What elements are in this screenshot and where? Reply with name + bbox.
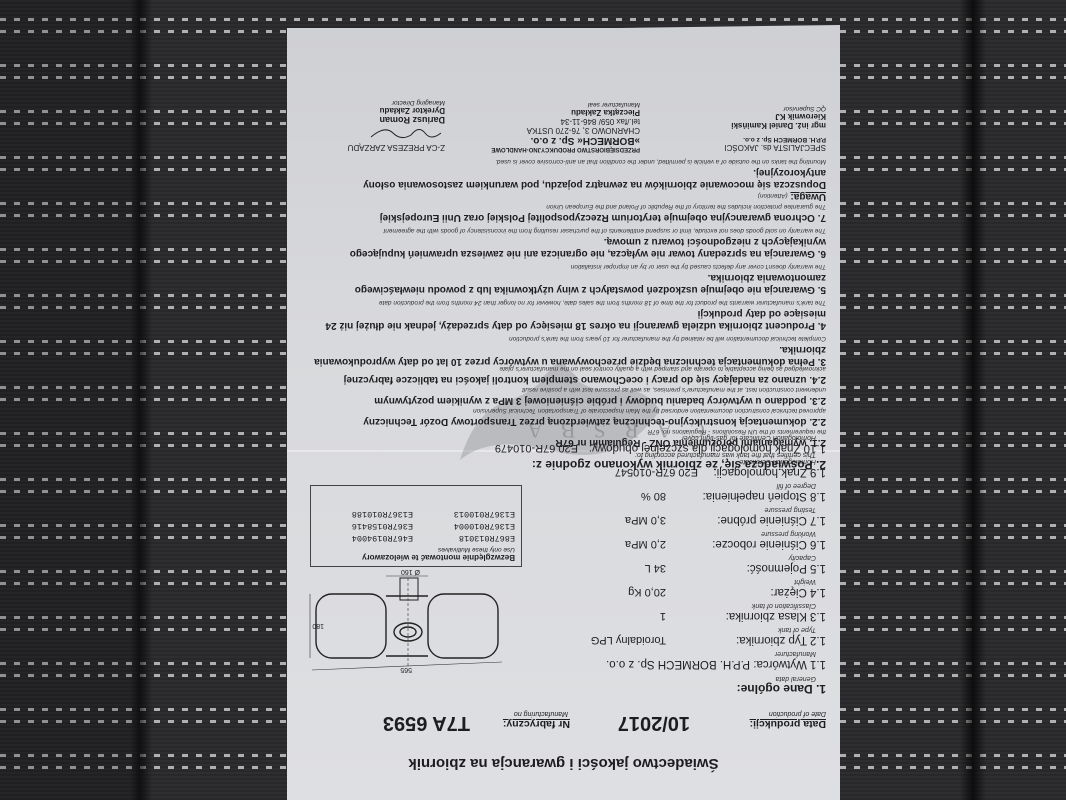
general-data-row: 1.1 Wytwórca: P.P.H. BORMECH Sp. z o.o.M… (486, 648, 826, 670)
multivalve-sub: Use only these Multivalves (317, 546, 515, 553)
multivalve-code: E1367R010004 (419, 521, 515, 531)
section2-list: 2.1. wymaganiami porozumienia ONZ - Regu… (301, 364, 826, 448)
production-date: 10/2017 (618, 711, 690, 734)
warranty-term: 7. Ochrona gwarancyjna obejmuje terytori… (301, 211, 826, 223)
fabric-stitch-row (0, 18, 1066, 21)
row-label: 1.5 Pojemność: (747, 562, 826, 574)
warranty-term-sub: Complete technical documentation will be… (301, 334, 826, 343)
note-text: Dopuszcza się mocowanie zbiorników na ze… (301, 166, 826, 190)
seat-seam-left (130, 0, 152, 800)
qc-name: mgr inż. Daniel Kamiński (656, 121, 826, 130)
section2-item-sub: approved technical construction document… (301, 406, 826, 415)
note-sub: Mounting the tanks on the outside of a v… (301, 157, 826, 166)
multivalve-codes: E867R013018E467R0194004E1367R010004E367R… (317, 509, 515, 543)
director-role: Dyrektor Zakładu (295, 106, 445, 115)
certificate-content-upside-down: CARSBA Świadectwo jakości i gwarancja na… (287, 25, 840, 800)
certificate-title: Świadectwo jakości i gwarancja na zbiorn… (287, 755, 840, 772)
serial-label: Nr fabryczny: (503, 718, 570, 730)
section1-sub: General data (776, 675, 816, 682)
signature-director: Z-CA PREZESA ZARZĄDU Dariusz Roman Dyrek… (295, 99, 445, 152)
seal-line1: PRZEDSIĘBIORSTWO PRODUKCYJNO-HANDLOWE (470, 146, 640, 152)
section2-item-sub: the requirements of the UN Resolutions -… (301, 427, 826, 436)
production-date-label: Data produkcji: (750, 718, 826, 730)
seal-address: CHARNOWO 3, 76-270 USTKA (470, 126, 640, 135)
dim-diameter: Ø 160 (401, 570, 420, 575)
serial-number: T7A 6593 (383, 711, 470, 734)
qc-title: SPECJALISTA ds. JAKOŚCI (656, 143, 826, 152)
multivalve-code: E367R0158416 (317, 521, 413, 531)
row-value: 20,0 Kg (628, 586, 666, 598)
qc-role-sub: QC Supervisor (656, 105, 826, 112)
multivalve-box: Bezwzględnie montować te wielozawory Use… (310, 485, 522, 567)
multivalve-heading: Bezwzględnie montować te wielozawory (317, 553, 515, 562)
row-label: 1.2 Typ zbiornika: (736, 634, 826, 646)
row-value: 3,0 MPa (625, 514, 666, 526)
row-label: 1.7 Ciśnienie próbne: (717, 514, 826, 526)
row-label: 1.4 Ciężar: (770, 586, 826, 598)
seat-shadow (0, 0, 140, 800)
section2-item: 2.1. wymaganiami porozumienia ONZ - Regu… (301, 436, 826, 448)
dim-width: 565 (400, 666, 412, 673)
warranty-term-sub: The tank's manufacturer warrants the pro… (301, 298, 826, 307)
warranty-term-sub: The guarantee protection includes the te… (301, 202, 826, 211)
signature-qc: SPECJALISTA ds. JAKOŚCI P.P.H. BORMECH S… (656, 105, 826, 152)
director-role-sub: Managing Director (295, 99, 445, 106)
warranty-term: 4. Producent zbiornika udziela gwarancji… (301, 307, 826, 331)
note-label: Uwaga: (790, 191, 826, 202)
seal-company: »BORMECH« Sp. z o.o. (470, 135, 640, 146)
seal-phone: tel./fax 059/ 846-11-34 (470, 117, 640, 126)
signature-company-seal: PRZEDSIĘBIORSTWO PRODUKCYJNO-HANDLOWE »B… (470, 101, 640, 152)
serial-sublabel: Manufacturing no (514, 710, 568, 717)
row-sublabel: Working pressure (761, 530, 816, 537)
warranty-term: 6. Gwarancja na sprzedany towar nie wyłą… (301, 235, 826, 259)
qc-company-stamp: P.P.H. BORMECH Sp. z o.o. (656, 136, 826, 143)
row-label: 1.6 Ciśnienie robocze: (712, 538, 826, 550)
warranty-certificate: CARSBA Świadectwo jakości i gwarancja na… (287, 25, 840, 800)
seat-seam-right (960, 0, 986, 800)
warranty-terms: 3. Pełna dokumentacja techniczna będzie … (301, 202, 826, 370)
general-data-row: 1.5 Pojemność:34 LCapacity (486, 552, 826, 574)
row-sublabel: Manufacturer (775, 650, 816, 657)
section2-item: 2.4. uznano za nadający się do pracy i o… (301, 373, 826, 385)
general-data-row: 1.8 Stopień napełnienia:80 %Degree of fi… (486, 480, 826, 502)
warranty-term-sub: The warranty doesn't cover any defects c… (301, 262, 826, 271)
seal-role: Pieczątka Zakładu (470, 108, 640, 117)
row-value: Toroidalny LPG (591, 634, 666, 646)
row-value: 34 L (645, 562, 666, 574)
row-sublabel: Capacity (789, 554, 816, 561)
row-label: 1.8 Stopień napełnienia: (703, 490, 826, 502)
director-signature-scribble (365, 127, 445, 143)
row-label: 1.3 Klasa zbiornika: (726, 610, 826, 622)
qc-role: Kierownik KJ (656, 112, 826, 121)
warranty-term-sub: The warranty on sold goods does not excl… (301, 226, 826, 235)
multivalve-code: E867R013018 (419, 533, 515, 543)
row-value: 2,0 MPa (625, 538, 666, 550)
general-data-row: 1.4 Ciężar:20,0 KgWeight (486, 576, 826, 598)
director-name: Dariusz Roman (295, 115, 445, 125)
general-data-row: 1.7 Ciśnienie próbne:3,0 MPaTesting pres… (486, 504, 826, 526)
section2-item: 2.3. poddano u wytwórcy badaniu budowy i… (301, 394, 826, 406)
section2-sub: This certifies that the tank was manufac… (635, 451, 816, 458)
multivalve-code: E1367R010188 (317, 509, 413, 519)
row-sublabel: Testing pressure (765, 506, 817, 513)
warranty-term: 3. Pełna dokumentacja techniczna będzie … (301, 343, 826, 367)
row-label: 1.1 Wytwórca: P.P.H. BORMECH Sp. z o.o. (606, 658, 826, 670)
general-data-row: 1.3 Klasa zbiornika:1Classification of t… (486, 600, 826, 622)
warranty-term: 5. Gwarancja nie obejmuje uszkodzeń pows… (301, 271, 826, 295)
dim-height: 180 (312, 622, 324, 629)
section2-item: 2.2. dokumentacją konstrukcyjno-technicz… (301, 415, 826, 427)
row-sublabel: Degree of fill (777, 482, 816, 489)
production-date-sublabel: Date of production (769, 710, 826, 717)
note-label-sub: (Attention) (758, 192, 788, 199)
row-sublabel: Weight (794, 578, 816, 585)
row-sublabel: Type of tank (778, 626, 816, 633)
seal-role-sub: Manufacturer seal (470, 101, 640, 108)
general-data-row: 1.6 Ciśnienie robocze:2,0 MPaWorking pre… (486, 528, 826, 550)
general-data-row: 1.2 Typ zbiornika:Toroidalny LPGType of … (486, 624, 826, 646)
attention-note: Uwaga: (Attention) Dopuszcza się mocowan… (301, 157, 826, 202)
row-sublabel: Classification of tank (752, 602, 816, 609)
section2-heading: 2. Poświadcza się, że zbiornik wykonano … (532, 458, 826, 472)
tank-technical-drawing: 565 180 Ø 160 (308, 570, 508, 680)
row-value: 1 (660, 610, 666, 622)
section1-heading: 1. Dane ogólne: (737, 682, 826, 696)
multivalve-code: E467R0194004 (317, 533, 413, 543)
section2-item-sub: underwent construction test, at the manu… (301, 385, 826, 394)
multivalve-code: E1367R010013 (419, 509, 515, 519)
director-title: Z-CA PREZESA ZARZĄDU (295, 143, 445, 152)
row-value: 80 % (641, 490, 666, 502)
